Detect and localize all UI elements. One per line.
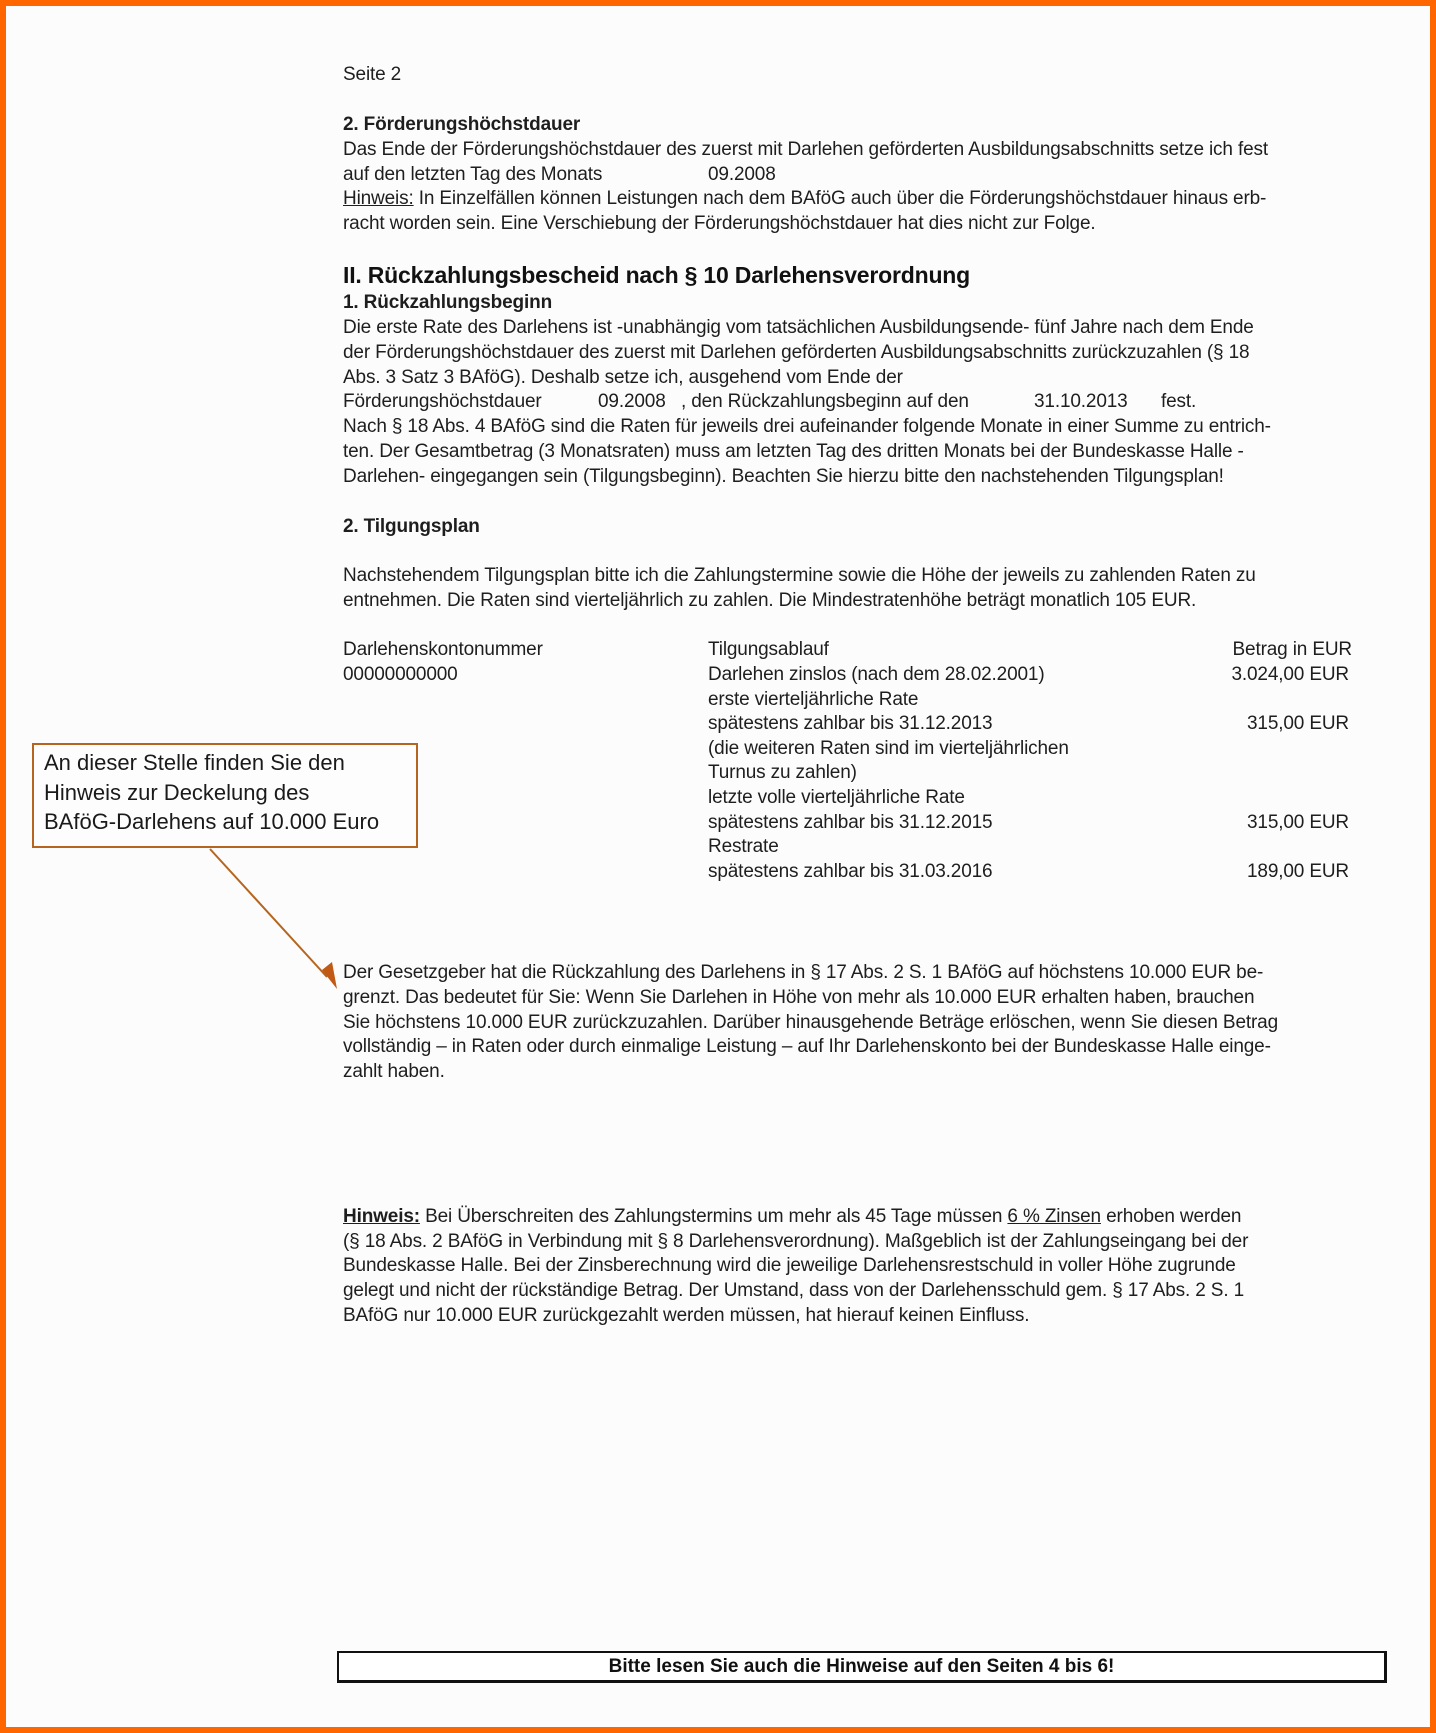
foerderung-hinweis-line-2: racht worden sein. Eine Verschiebung der…	[343, 212, 1096, 237]
section-heading-rueckzahlungsbescheid: II. Rückzahlungsbescheid nach § 10 Darle…	[343, 262, 970, 289]
hinweis-line-5: BAföG nur 10.000 EUR zurückgezahlt werde…	[343, 1304, 1029, 1329]
callout-line-1: An dieser Stelle finden Sie den	[44, 748, 406, 778]
callout-line-3: BAföG-Darlehens auf 10.000 Euro	[44, 807, 406, 837]
tilgungsplan-intro-line-2: entnehmen. Die Raten sind vierteljährlic…	[343, 589, 1196, 614]
beginn-suffix: fest.	[1161, 390, 1196, 415]
tilgungsplan-intro-line-1: Nachstehendem Tilgungsplan bitte ich die…	[343, 564, 1256, 589]
foerderung-hinweis-line-1: Hinweis: In Einzelfällen können Leistung…	[343, 187, 1266, 212]
table-header-tilgungsablauf: Tilgungsablauf	[708, 638, 829, 663]
hinweis-line-3: Bundeskasse Halle. Bei der Zinsberechnun…	[343, 1254, 1236, 1279]
hinweis-line-2: (§ 18 Abs. 2 BAföG in Verbindung mit § 8…	[343, 1230, 1248, 1255]
table-row-text: Darlehen zinslos (nach dem 28.02.2001)	[708, 663, 1045, 688]
rueckzahlung-line-1: Die erste Rate des Darlehens ist -unabhä…	[343, 316, 1254, 341]
footer-notice-text: Bitte lesen Sie auch die Hinweise auf de…	[609, 1656, 1115, 1677]
table-row-text: (die weiteren Raten sind im vierteljährl…	[708, 737, 1069, 762]
foerderung-line-2: auf den letzten Tag des Monats	[343, 163, 602, 188]
sub-heading-rueckzahlungsbeginn: 1. Rückzahlungsbeginn	[343, 291, 552, 316]
table-row-text: letzte volle vierteljährliche Rate	[708, 786, 965, 811]
rueckzahlung-line-6: Darlehen- eingegangen sein (Tilgungsbegi…	[343, 465, 1224, 490]
hinweis-line-1: Hinweis: Bei Überschreiten des Zahlungst…	[343, 1205, 1241, 1230]
table-row-amount: 3.024,00 EUR	[1150, 663, 1349, 688]
page-label: Seite 2	[343, 63, 401, 88]
table-row-text: spätestens zahlbar bis 31.03.2016	[708, 860, 992, 885]
hinweis-interest-rate: 6 % Zinsen	[1007, 1206, 1101, 1227]
table-row-text: Turnus zu zahlen)	[708, 761, 857, 786]
section-heading-tilgungsplan: 2. Tilgungsplan	[343, 515, 480, 540]
table-row-amount: 189,00 EUR	[1150, 860, 1349, 885]
document-page: Seite 2 2. Förderungshöchstdauer Das End…	[0, 0, 1436, 1733]
table-row-text: spätestens zahlbar bis 31.12.2013	[708, 712, 992, 737]
hinweis-text-post: erhoben werden	[1101, 1206, 1241, 1227]
rueckzahlung-line-5: ten. Der Gesamtbetrag (3 Monatsraten) mu…	[343, 440, 1244, 465]
deckelung-line-4: vollständig – in Raten oder durch einmal…	[343, 1035, 1271, 1060]
table-row-amount: 315,00 EUR	[1150, 712, 1349, 737]
deckelung-line-2: grenzt. Das bedeutet für Sie: Wenn Sie D…	[343, 986, 1254, 1011]
table-header-betrag: Betrag in EUR	[1150, 638, 1352, 663]
hinweis-text-pre: Bei Überschreiten des Zahlungstermins um…	[420, 1206, 1007, 1227]
rueckzahlung-line-2: der Förderungshöchstdauer des zuerst mit…	[343, 341, 1249, 366]
table-header-account: Darlehenskontonummer	[343, 638, 543, 663]
table-row-text: spätestens zahlbar bis 31.12.2015	[708, 811, 992, 836]
deckelung-line-1: Der Gesetzgeber hat die Rückzahlung des …	[343, 961, 1263, 986]
foerderung-line-1: Das Ende der Förderungshöchstdauer des z…	[343, 138, 1268, 163]
hinweis-bold-label: Hinweis:	[343, 1206, 420, 1227]
hinweis-label: Hinweis:	[343, 188, 414, 209]
rueckzahlung-line-4: Nach § 18 Abs. 4 BAföG sind die Raten fü…	[343, 415, 1271, 440]
rueckzahlung-line-3: Abs. 3 Satz 3 BAföG). Deshalb setze ich,…	[343, 366, 903, 391]
footer-notice-box: Bitte lesen Sie auch die Hinweise auf de…	[337, 1651, 1387, 1683]
table-row-text: Restrate	[708, 835, 779, 860]
table-row-amount: 315,00 EUR	[1150, 811, 1349, 836]
beginn-text: , den Rückzahlungsbeginn auf den	[681, 390, 969, 415]
deckelung-line-5: zahlt haben.	[343, 1060, 445, 1085]
callout-line-2: Hinweis zur Deckelung des	[44, 778, 406, 808]
section-heading-foerderungshoechstdauer: 2. Förderungshöchstdauer	[343, 113, 580, 138]
fhd-value: 09.2008	[598, 390, 666, 415]
deckelung-line-3: Sie höchstens 10.000 EUR zurückzuzahlen.…	[343, 1011, 1278, 1036]
fhd-label: Förderungshöchstdauer	[343, 390, 542, 415]
account-number: 00000000000	[343, 663, 458, 688]
hinweis-line-4: gelegt und nicht der rückständige Betrag…	[343, 1279, 1244, 1304]
foerderung-month-value: 09.2008	[708, 163, 776, 188]
table-row-text: erste vierteljährliche Rate	[708, 688, 918, 713]
hinweis-text: In Einzelfällen können Leistungen nach d…	[414, 188, 1267, 209]
beginn-date: 31.10.2013	[1034, 390, 1128, 415]
annotation-callout: An dieser Stelle finden Sie den Hinweis …	[32, 743, 418, 848]
